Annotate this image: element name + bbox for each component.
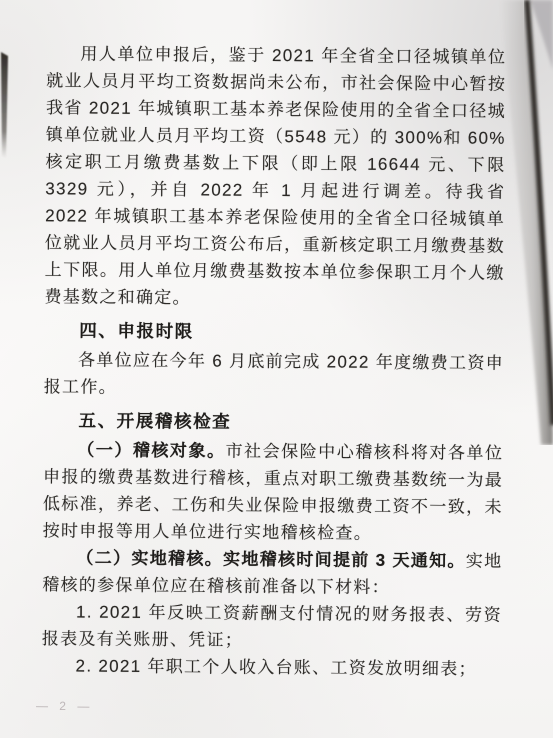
audit-target-lead: （一）稽核对象。 xyxy=(77,440,225,460)
onsite-audit-notice: 实地稽核时间提前 3 天通知。 xyxy=(223,550,466,571)
material-item-2: 2. 2021 年职工个人收入台账、工资发放明细表； xyxy=(41,652,501,683)
onsite-audit-paragraph: （二）实地稽核。实地稽核时间提前 3 天通知。实地稽核的参保单位应在稽核前准备以… xyxy=(42,544,502,602)
left-edge-mark xyxy=(0,0,20,200)
section-4-heading: 四、申报时限 xyxy=(44,317,504,348)
section-5-heading: 五、开展稽核检查 xyxy=(43,407,503,438)
paragraph-contribution-base: 用人单位申报后，鉴于 2021 年全省全口径城镇单位就业人员月平均工资数据尚未公… xyxy=(44,40,506,314)
section-4-body: 各单位应在今年 6 月底前完成 2022 年度缴费工资申报工作。 xyxy=(44,346,504,404)
material-item-1: 1. 2021 年反映工资薪酬支付情况的财务报表、劳资报表及有关账册、凭证； xyxy=(42,598,502,656)
audit-target-paragraph: （一）稽核对象。市社会保险中心稽核科将对各单位申报的缴费基数进行稽核，重点对职工… xyxy=(43,436,504,548)
page-number: — 2 — xyxy=(36,699,93,713)
document-body: 用人单位申报后，鉴于 2021 年全省全口径城镇单位就业人员月平均工资数据尚未公… xyxy=(41,40,506,683)
scanned-page: 用人单位申报后，鉴于 2021 年全省全口径城镇单位就业人员月平均工资数据尚未公… xyxy=(0,0,553,738)
onsite-audit-lead: （二）实地稽核。 xyxy=(76,548,223,568)
